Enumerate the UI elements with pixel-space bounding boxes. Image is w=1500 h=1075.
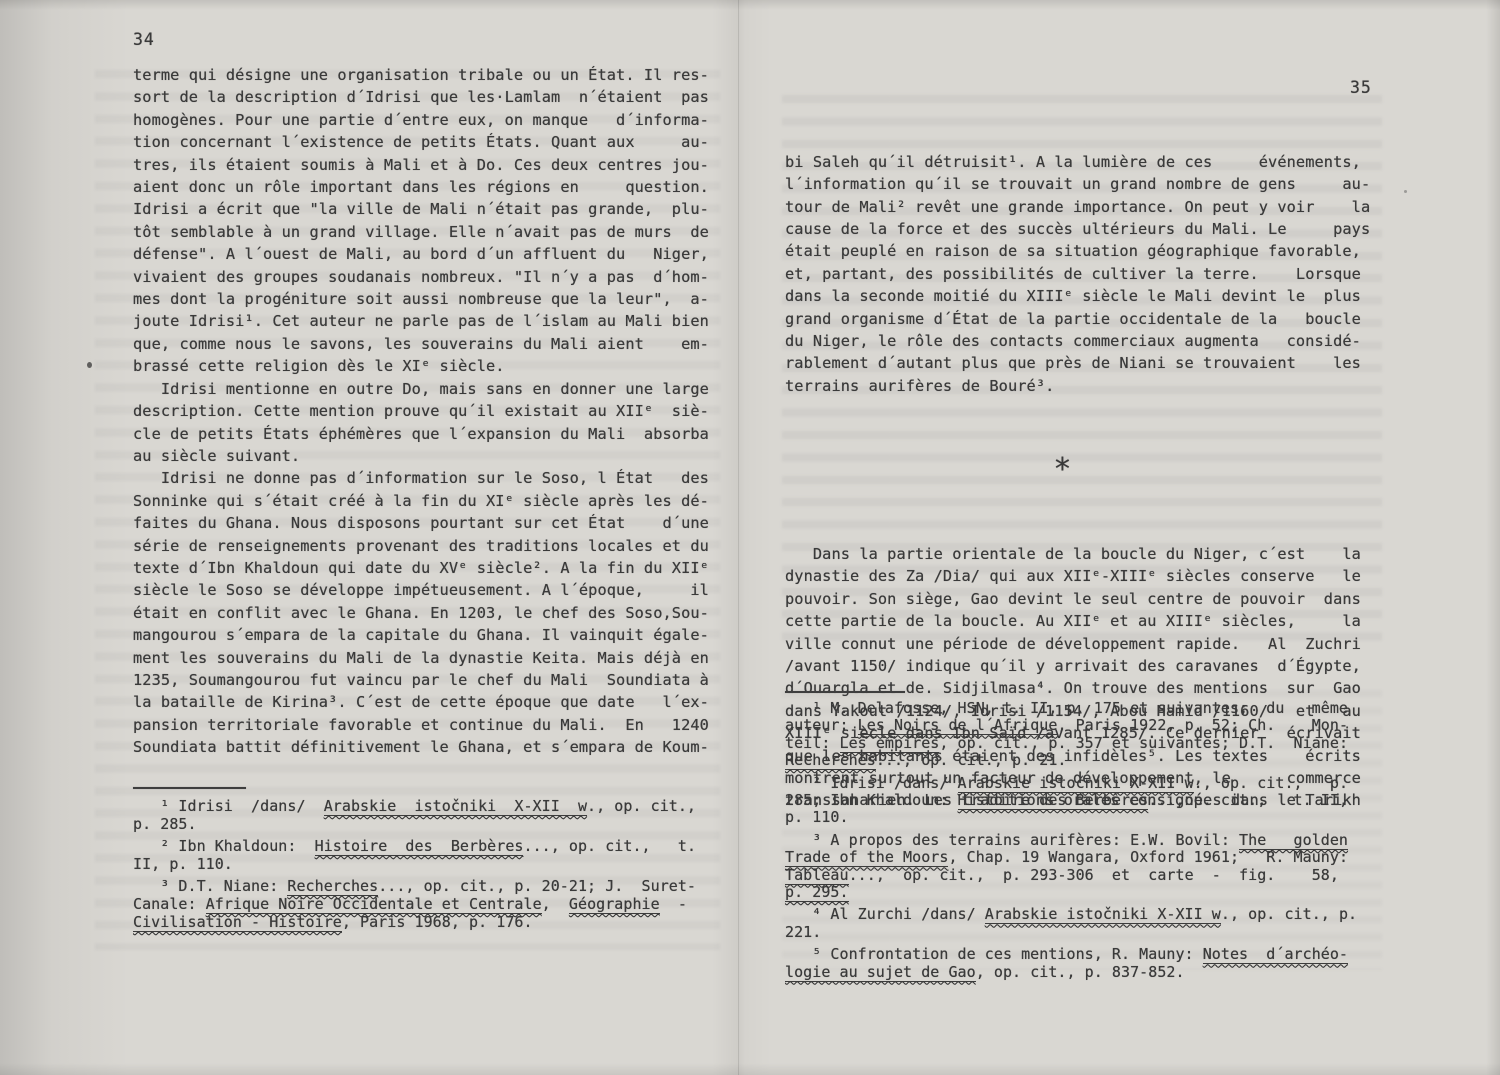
left-footnote-rule [133, 787, 246, 789]
footnote: ³ D.T. Niane: Recherches..., op. cit., p… [133, 877, 728, 931]
text-line: cette partie de la boucle. Au XIIᵉ et au… [785, 610, 1380, 632]
text-line: tour de Mali² revêt une grande importanc… [785, 196, 1380, 218]
scan-speck [87, 362, 92, 368]
right-page-paragraph-1: bi Saleh qu´il détruisit¹. A la lumière … [785, 151, 1380, 397]
scan-speck [1404, 190, 1407, 193]
text-segment: teil: [785, 734, 840, 752]
underlined-title-text: Les Noirs de l´Afrique [858, 716, 1058, 735]
text-line: Soundiata battit définitivement le Ghana… [133, 736, 723, 758]
underlined-title-text: logie au sujet de Gao [785, 963, 976, 982]
underlined-title-text: The golden [1239, 831, 1348, 850]
text-segment: , [542, 895, 569, 913]
underlined-title-text: Recherches [287, 877, 378, 896]
text-line: ² Ibn Khaldoun: Histoire des Berbères...… [133, 837, 728, 855]
text-line: tres, ils étaient soumis à Mali et à Do.… [133, 154, 723, 176]
text-line: ² Idrisi /dans/ Arabskie istočniki X-XII… [785, 775, 1385, 792]
underlined-title-text: Afrique Noire Occidentale et Centrale [206, 895, 542, 914]
text-segment: 285; Ibn Khaldoun: [785, 791, 958, 809]
text-line: pouvoir. Son siège, Gao devint le seul c… [785, 588, 1380, 610]
text-line: brassé cette religion dès le XIᵉ siècle. [133, 355, 723, 377]
text-line: Civilisation - Histoire, Paris 1968, p. … [133, 913, 728, 931]
text-line: auteur: Les Noirs de l´Afrique, Paris 19… [785, 717, 1385, 734]
text-line: rablement d´autant plus que près de Nian… [785, 352, 1380, 374]
underlined-title-text: Notes d´archéo- [1203, 945, 1348, 964]
text-line: cause de la force et des succès ultérieu… [785, 218, 1380, 240]
text-line: que, comme nous le savons, les souverain… [133, 333, 723, 355]
text-line: ⁵ Confrontation de ces mentions, R. Maun… [785, 946, 1385, 963]
text-line: Idrisi a écrit que "la ville de Mali n´é… [133, 198, 723, 220]
text-line: II, p. 110. [133, 855, 728, 873]
text-line: la bataille de Kirina³. C´est de cette é… [133, 691, 723, 713]
text-line: Idrisi ne donne pas d´information sur le… [133, 467, 723, 489]
text-segment: Canale: [133, 895, 206, 913]
underlined-title-text: Histoire des Berbères [315, 837, 524, 856]
text-line: ¹ M. Delafosse, HSN, t. II, p. 175 et su… [785, 700, 1385, 717]
text-segment: ..., op. cit., p. 20-21; J. Suret- [378, 877, 696, 895]
text-segment: , Chap. 19 Wangara, Oxford 1961; R. Maun… [948, 848, 1348, 866]
scanned-book-spread: 34 terme qui désigne une organisation tr… [0, 0, 1500, 1075]
footnote: ⁵ Confrontation de ces mentions, R. Maun… [785, 946, 1385, 981]
text-line: ³ A propos des terrains aurifères: E.W. … [785, 832, 1385, 849]
text-segment: , op. cit., p. 837-852. [976, 963, 1185, 981]
text-segment: ., op. cit., [587, 797, 696, 815]
text-line: dynastie des Za /Dia/ qui aux XIIᵉ-XIIIᵉ… [785, 565, 1380, 587]
text-line: terrains aurifères de Bouré³. [785, 375, 1380, 397]
text-line: était en conflit avec le Ghana. En 1203,… [133, 602, 723, 624]
text-line: homogènes. Pour une partie d´entre eux, … [133, 109, 723, 131]
right-footnote-rule [785, 691, 905, 693]
text-segment: , Paris 1968, p. 176. [342, 913, 533, 931]
text-line: Canale: Afrique Noire Occidentale et Cen… [133, 895, 728, 913]
text-line: logie au sujet de Gao, op. cit., p. 837-… [785, 964, 1385, 981]
text-segment: , Paris 1922, p. 52; Ch. Mon- [1057, 716, 1348, 734]
text-line: tôt semblable à un grand village. Elle n… [133, 221, 723, 243]
text-line: p. 110. [785, 809, 1385, 826]
footnote: ³ A propos des terrains aurifères: E.W. … [785, 832, 1385, 902]
footnote: ² Idrisi /dans/ Arabskie istočniki X-XII… [785, 775, 1385, 827]
text-line: ⁴ Al Zurchi /dans/ Arabskie istočniki X-… [785, 906, 1385, 923]
text-segment: ..., op. cit., p. 21. [876, 751, 1067, 769]
text-line: pansion territoriale favorable et contin… [133, 714, 723, 736]
text-line: ville connut une période de développemen… [785, 633, 1380, 655]
text-line: /avant 1150/ indique qu´il y arrivait de… [785, 655, 1380, 677]
text-line: vivaient des groupes soudanais nombreux.… [133, 266, 723, 288]
underlined-title-text: Arabskie istočniki X-XII w [958, 774, 1194, 793]
text-segment: ² Idrisi /dans/ [785, 774, 958, 792]
text-segment: ² Ibn Khaldoun: [133, 837, 315, 855]
text-line: était peuplé en raison de sa situation g… [785, 240, 1380, 262]
text-line: terme qui désigne une organisation triba… [133, 64, 723, 86]
text-line: ment les souverains du Mali de la dynast… [133, 647, 723, 669]
underlined-title-text: Les empires [840, 734, 940, 753]
text-segment: - [660, 895, 687, 913]
text-segment: ⁵ Confrontation de ces mentions, R. Maun… [785, 945, 1203, 963]
underlined-title-text: Civilisation - Histoire [133, 913, 342, 932]
underlined-title-text: Arabskie istočniki X-XII w [985, 905, 1221, 924]
left-page-body-text: terme qui désigne une organisation triba… [133, 64, 723, 759]
text-line: bi Saleh qu´il détruisit¹. A la lumière … [785, 151, 1380, 173]
footnote: ¹ Idrisi /dans/ Arabskie istočniki X-XII… [133, 797, 728, 833]
underlined-title-text: Géographie [569, 895, 660, 914]
right-page-footnotes: ¹ M. Delafosse, HSN, t. II, p. 175 et su… [785, 700, 1385, 986]
text-line: l´information qu´il se trouvait un grand… [785, 173, 1380, 195]
text-line: siècle le Soso se développe impétueuseme… [133, 579, 723, 601]
text-line: sort de la description d´Idrisi que les·… [133, 86, 723, 108]
text-segment: auteur: [785, 716, 858, 734]
text-segment: ¹ M. Delafosse, HSN, t. II, p. 175 et su… [785, 699, 1348, 717]
scan-edge-shadow-bottom [0, 1063, 1500, 1075]
text-line: Idrisi mentionne en outre Do, mais sans … [133, 378, 723, 400]
text-line: Tableau..., op. cit., p. 293-306 et cart… [785, 867, 1385, 884]
text-line: grand organisme d´État de la partie occi… [785, 308, 1380, 330]
text-segment: ³ D.T. Niane: [133, 877, 287, 895]
text-line: p. 285. [133, 815, 728, 833]
underlined-title-text: Tableau [785, 866, 849, 885]
underlined-title-text: Arabskie istočniki X-XII w [324, 797, 587, 816]
text-line: tion concernant l´existence de petits Ét… [133, 131, 723, 153]
text-line: du Niger, le rôle des contacts commercia… [785, 330, 1380, 352]
text-segment: ..., op. cit., p. 293-306 et carte - fig… [849, 866, 1339, 884]
left-page-footnotes: ¹ Idrisi /dans/ Arabskie istočniki X-XII… [133, 797, 728, 935]
text-line: d´Ouargla et de. Sidjilmasa⁴. On trouve … [785, 677, 1380, 699]
text-line: p. 295. [785, 884, 1385, 901]
text-line: texte d´Ibn Khaldoun qui date du XVᵉ siè… [133, 557, 723, 579]
text-line: aient donc un rôle important dans les ré… [133, 176, 723, 198]
text-segment: ., op. cit., p. [1194, 774, 1348, 792]
text-line: et, partant, des possibilités de cultive… [785, 263, 1380, 285]
text-line: au siècle suivant. [133, 445, 723, 467]
scan-edge-shadow-top [0, 0, 1500, 10]
text-line: défense". A l´ouest de Mali, au bord d´u… [133, 243, 723, 265]
text-line: ¹ Idrisi /dans/ Arabskie istočniki X-XII… [133, 797, 728, 815]
footnote: ² Ibn Khaldoun: Histoire des Berbères...… [133, 837, 728, 873]
footnote: ¹ M. Delafosse, HSN, t. II, p. 175 et su… [785, 700, 1385, 770]
scan-edge-shadow-right [1486, 0, 1500, 1075]
underlined-title-text: Histoire des Berbères [958, 791, 1149, 810]
text-segment: ³ A propos des terrains aurifères: E.W. … [785, 831, 1239, 849]
text-segment: ⁴ Al Zurchi /dans/ [785, 905, 985, 923]
text-segment: p. 110. [785, 808, 849, 826]
footnote: ⁴ Al Zurchi /dans/ Arabskie istočniki X-… [785, 906, 1385, 941]
text-line: Recherches..., op. cit., p. 21. [785, 752, 1385, 769]
page-gutter-seam [738, 0, 739, 1075]
page-number-right: 35 [1350, 78, 1372, 97]
text-line: Trade of the Moors, Chap. 19 Wangara, Ox… [785, 849, 1385, 866]
text-line: description. Cette mention prouve qu´il … [133, 400, 723, 422]
text-segment: II, p. 110. [133, 855, 233, 873]
text-line: mes dont la progéniture soit aussi nombr… [133, 288, 723, 310]
text-line: 1235, Soumangourou fut vaincu par le che… [133, 669, 723, 691]
text-segment: , op. cit., p. 357 et suivantes; D.T. Ni… [939, 734, 1348, 752]
text-line: série de renseignements provenant des tr… [133, 535, 723, 557]
text-segment: ¹ Idrisi /dans/ [133, 797, 324, 815]
asterisk-separator: * [765, 442, 1360, 498]
scan-edge-shadow-left [0, 0, 130, 1075]
text-line: joute Idrisi¹. Cet auteur ne parle pas d… [133, 310, 723, 332]
text-line: faites du Ghana. Nous disposons pourtant… [133, 512, 723, 534]
text-line: teil: Les empires, op. cit., p. 357 et s… [785, 735, 1385, 752]
text-segment: ., op. cit., p. [1221, 905, 1357, 923]
underlined-title-text: Trade of the Moors [785, 848, 948, 867]
text-line: dans la seconde moitié du XIIIᵉ siècle l… [785, 285, 1380, 307]
page-number-left: 34 [133, 30, 155, 49]
text-line: mangourou s´empara de la capitale du Gha… [133, 624, 723, 646]
text-segment: ...,op. cit., t. II, [1148, 791, 1348, 809]
text-line: Sonninke qui s´était créé à la fin du XI… [133, 490, 723, 512]
text-line: Dans la partie orientale de la boucle du… [785, 543, 1380, 565]
text-segment: 221. [785, 923, 821, 941]
text-line: ³ D.T. Niane: Recherches..., op. cit., p… [133, 877, 728, 895]
text-line: 285; Ibn Khaldoun: Histoire des Berbères… [785, 792, 1385, 809]
text-line: cle de petits États éphémères que l´expa… [133, 423, 723, 445]
text-segment: ..., op. cit., t. [523, 837, 696, 855]
text-line: 221. [785, 924, 1385, 941]
text-segment: p. 285. [133, 815, 197, 833]
underlined-title-text: p. 295. [785, 883, 849, 902]
underlined-title-text: Recherches [785, 751, 876, 770]
